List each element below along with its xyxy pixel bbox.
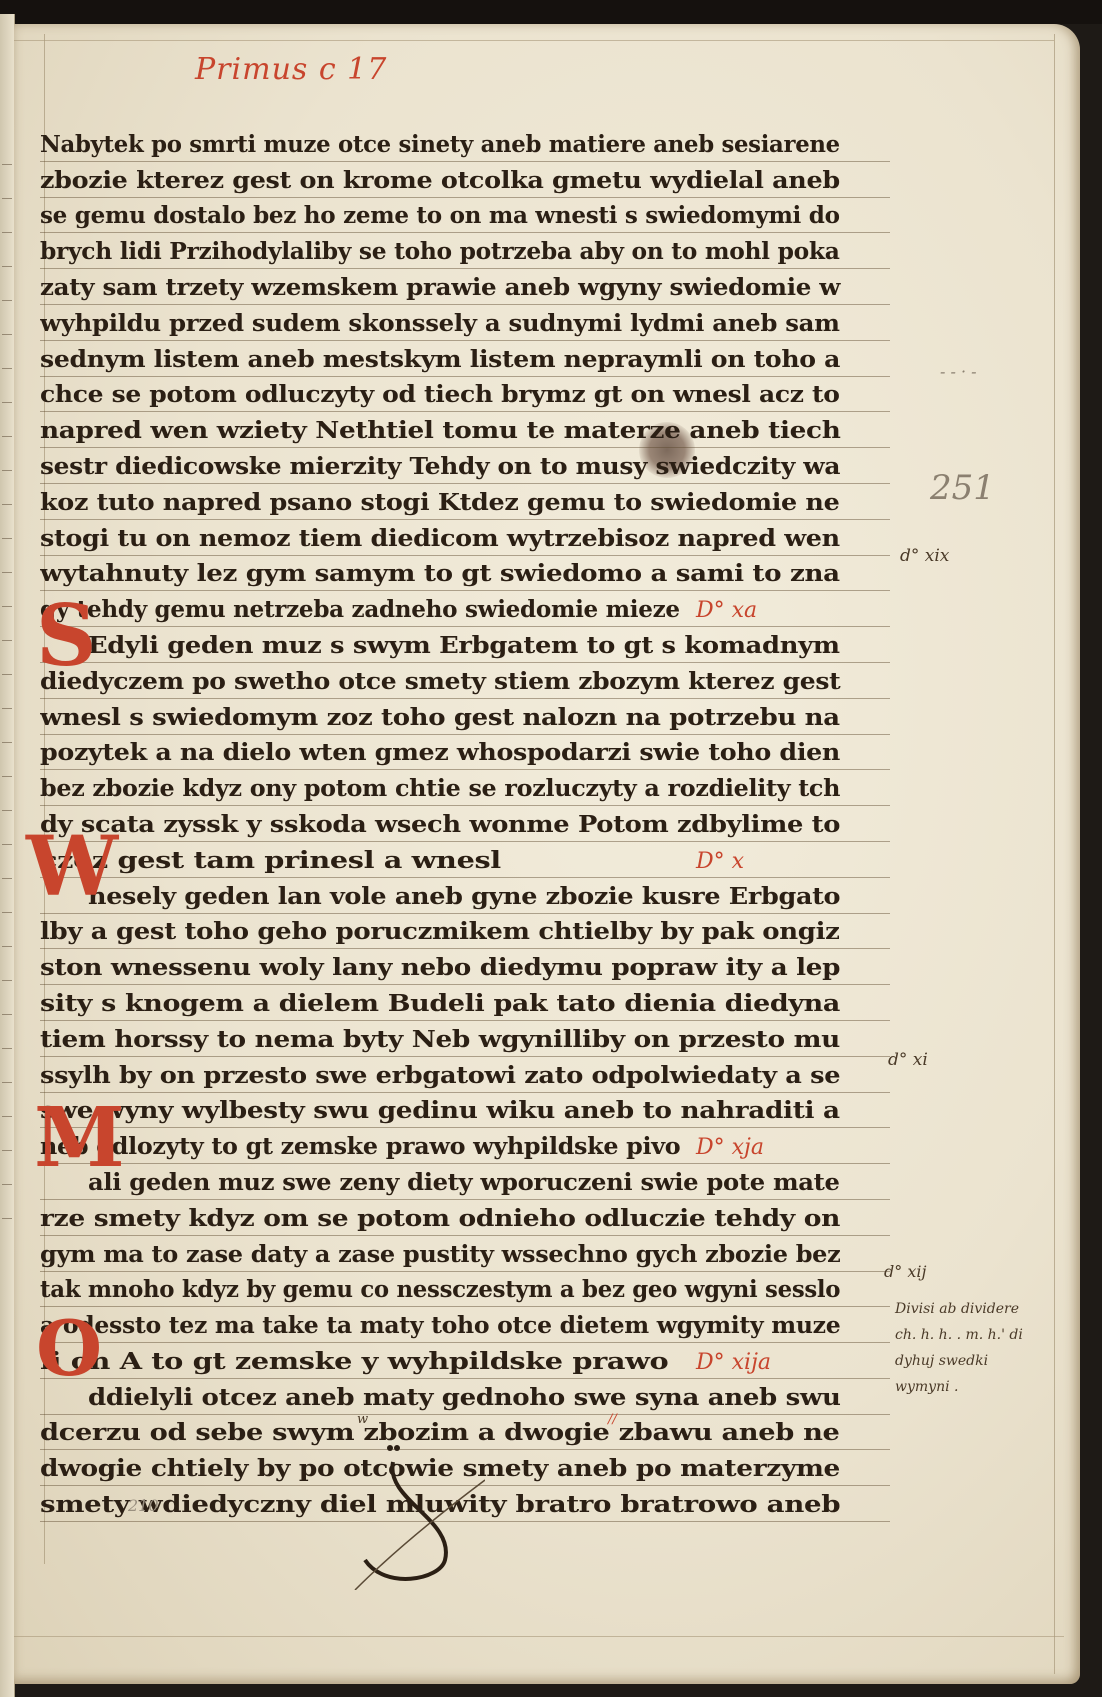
- line-text: pozytek a na dielo wten gmez whospodarzi…: [40, 739, 840, 766]
- line-text: zaty sam trzety wzemskem prawie aneb wgy…: [40, 274, 840, 301]
- line-text: swe wyny wylbesty swu gedinu wiku aneb t…: [40, 1097, 840, 1124]
- right-ruling-line: [1054, 34, 1055, 1674]
- rubric-tick: //: [608, 1412, 617, 1427]
- line-text: ssylh by on przesto swe erbgatowi zato o…: [40, 1062, 840, 1089]
- line-text: brych lidi Przihodylaliby se toho potrze…: [40, 238, 840, 265]
- text-line: swe wyny wylbesty swu gedinu wiku aneb t…: [40, 1093, 890, 1129]
- bottom-ruling-line: [14, 1636, 1064, 1637]
- initial-M: M: [34, 1097, 125, 1179]
- text-line: rze smety kdyz om se potom odnieho odluc…: [40, 1200, 890, 1236]
- text-line: brych lidi Przihodylaliby se toho potrze…: [40, 233, 890, 269]
- margin-ref-xi: d° xi: [888, 1050, 928, 1070]
- section-reference: D° xa: [696, 598, 757, 623]
- initial-S: S: [36, 594, 97, 678]
- line-text: se gemu dostalo bez ho zeme to on ma wne…: [40, 202, 840, 229]
- line-text: li on A to gt zemske y wyhpildske prawo: [40, 1348, 668, 1375]
- line-text: tak mnoho kdyz by gemu co nessczestym a …: [40, 1276, 840, 1303]
- line-text: gy tehdy gemu netrzeba zadneho swiedomie…: [40, 596, 680, 623]
- line-text: sestr diedicowske mierzity Tehdy on to m…: [40, 453, 840, 480]
- text-line: ston wnessenu woly lany nebo diedymu pop…: [40, 949, 890, 985]
- line-text: wyhpildu przed sudem skonssely a sudnymi…: [40, 310, 840, 337]
- text-line: zaty sam trzety wzemskem prawie aneb wgy…: [40, 269, 890, 305]
- margin-ref-xii: d° xij: [884, 1262, 926, 1281]
- text-line: tak mnoho kdyz by gemu co nessczestym a …: [40, 1272, 890, 1308]
- catchword-flourish: [345, 1440, 485, 1594]
- background-gap: [0, 0, 1102, 24]
- line-text: chce se potom odluczyty od tiech brymz g…: [40, 381, 840, 408]
- text-line: koz tuto napred psano stogi Ktdez gemu t…: [40, 484, 890, 520]
- top-ruling-line: [14, 40, 1054, 41]
- text-line: ddielyli otcez aneb maty gednoho swe syn…: [40, 1379, 890, 1415]
- text-line: se gemu dostalo bez ho zeme to on ma wne…: [40, 198, 890, 234]
- gloss-line: dyhuj swedki: [895, 1348, 1075, 1374]
- previous-leaf-text-marks: [2, 134, 12, 1234]
- text-line: chce se potom odluczyty od tiech brymz g…: [40, 377, 890, 413]
- line-text: gym ma to zase daty a zase pustity wssec…: [40, 1241, 840, 1268]
- text-line: zbozie kterez gest on krome otcolka gmet…: [40, 162, 890, 198]
- line-text: dy scata zyssk y sskoda wsech wonme Poto…: [40, 811, 840, 838]
- line-text: Edyli geden muz s swym Erbgatem to gt s …: [88, 632, 840, 659]
- text-line: dy scata zyssk y sskoda wsech wonme Poto…: [40, 806, 890, 842]
- text-line: diedyczem po swetho otce smety stiem zbo…: [40, 663, 890, 699]
- text-line: sednym listem aneb mestskym listem nepra…: [40, 341, 890, 377]
- line-text: diedyczem po swetho otce smety stiem zbo…: [40, 668, 840, 695]
- text-line: gy tehdy gemu netrzeba zadneho swiedomie…: [40, 591, 890, 627]
- gloss-line: ch. h. h. . m. h.' di: [895, 1322, 1075, 1348]
- line-text: zbozie kterez gest on krome otcolka gmet…: [40, 167, 840, 194]
- text-line: Nabytek po smrti muze otce sinety aneb m…: [40, 126, 890, 162]
- text-line: lby a gest toho geho poruczmikem chtielb…: [40, 914, 890, 950]
- text-line: sity s knogem a dielem Budeli pak tato d…: [40, 985, 890, 1021]
- gloss-line: Divisi ab dividere: [895, 1296, 1075, 1322]
- line-text: sednym listem aneb mestskym listem nepra…: [40, 346, 840, 373]
- line-text: sity s knogem a dielem Budeli pak tato d…: [40, 990, 840, 1017]
- text-line: wytahnuty lez gym samym to gt swiedomo a…: [40, 556, 890, 592]
- line-text: ddielyli otcez aneb maty gednoho swe syn…: [88, 1384, 841, 1411]
- bottom-pencil-note: 210: [128, 1496, 159, 1515]
- text-line: ali geden muz swe zeny diety wporuczeni …: [40, 1164, 890, 1200]
- line-text: stogi tu on nemoz tiem diedicom wytrzebi…: [40, 525, 840, 552]
- text-line: gym ma to zase daty a zase pustity wssec…: [40, 1236, 890, 1272]
- line-text: neb odlozyty to gt zemske prawo wyhpilds…: [40, 1133, 680, 1160]
- previous-leaf-edge: [0, 14, 15, 1697]
- text-line: pozytek a na dielo wten gmez whospodarzi…: [40, 735, 890, 771]
- section-reference: D° x: [696, 849, 744, 874]
- main-text-block: Nabytek po smrti muze otce sinety aneb m…: [40, 126, 890, 1522]
- line-text: a odessto tez ma take ta maty toho otce …: [40, 1312, 840, 1339]
- text-line: stogi tu on nemoz tiem diedicom wytrzebi…: [40, 520, 890, 556]
- line-text: wnesl s swiedomym zoz toho gest nalozn n…: [40, 704, 840, 731]
- text-line: neb odlozyty to gt zemske prawo wyhpilds…: [40, 1128, 890, 1164]
- line-text: nesely geden lan vole aneb gyne zbozie k…: [88, 883, 840, 910]
- folio-pencil-number: 251: [930, 468, 995, 508]
- catchword-mark: w: [357, 1412, 368, 1427]
- text-line: li on A to gt zemske y wyhpildske prawoD…: [40, 1343, 890, 1379]
- initial-W: W: [26, 826, 118, 908]
- text-line: napred wen wziety Nethtiel tomu te mater…: [40, 412, 890, 448]
- line-text: ali geden muz swe zeny diety wporuczeni …: [88, 1169, 840, 1196]
- text-line: a odessto tez ma take ta maty toho otce …: [40, 1307, 890, 1343]
- line-text: lby a gest toho geho poruczmikem chtielb…: [40, 918, 840, 945]
- line-text: bez zbozie kdyz ony potom chtie se rozlu…: [40, 775, 840, 802]
- line-text: wytahnuty lez gym samym to gt swiedomo a…: [40, 560, 840, 587]
- text-line: bez zbozie kdyz ony potom chtie se rozlu…: [40, 770, 890, 806]
- text-line: wyhpildu przed sudem skonssely a sudnymi…: [40, 305, 890, 341]
- section-reference: D° xja: [696, 1135, 764, 1160]
- line-text: tiem horssy to nema byty Neb wgynilliby …: [40, 1026, 840, 1053]
- text-line: tiem horssy to nema byty Neb wgynilliby …: [40, 1021, 890, 1057]
- section-reference: D° xija: [696, 1350, 771, 1375]
- gloss-line: wymyni .: [895, 1374, 1075, 1400]
- line-text: Nabytek po smrti muze otce sinety aneb m…: [40, 131, 840, 158]
- line-text: koz tuto napred psano stogi Ktdez gemu t…: [40, 489, 839, 516]
- text-line: ssylh by on przesto swe erbgatowi zato o…: [40, 1057, 890, 1093]
- text-line: nesely geden lan vole aneb gyne zbozie k…: [40, 878, 890, 914]
- running-head: Primus c 17: [195, 52, 387, 87]
- latin-gloss: Divisi ab dividere ch. h. h. . m. h.' di…: [895, 1296, 1075, 1400]
- initial-O: O: [36, 1311, 102, 1387]
- line-text: napred wen wziety Nethtiel tomu te mater…: [40, 417, 841, 444]
- line-text: ston wnessenu woly lany nebo diedymu pop…: [40, 954, 840, 981]
- text-line: czoz gest tam prinesl a wneslD° x: [40, 842, 890, 878]
- line-text: rze smety kdyz om se potom odnieho odluc…: [40, 1205, 840, 1232]
- text-line: wnesl s swiedomym zoz toho gest nalozn n…: [40, 699, 890, 735]
- flourish-icon: [345, 1440, 485, 1590]
- text-line: sestr diedicowske mierzity Tehdy on to m…: [40, 448, 890, 484]
- text-line: Edyli geden muz s swym Erbgatem to gt s …: [40, 627, 890, 663]
- margin-dash-note: - - · -: [940, 362, 977, 381]
- margin-ref-xix: d° xix: [900, 546, 949, 566]
